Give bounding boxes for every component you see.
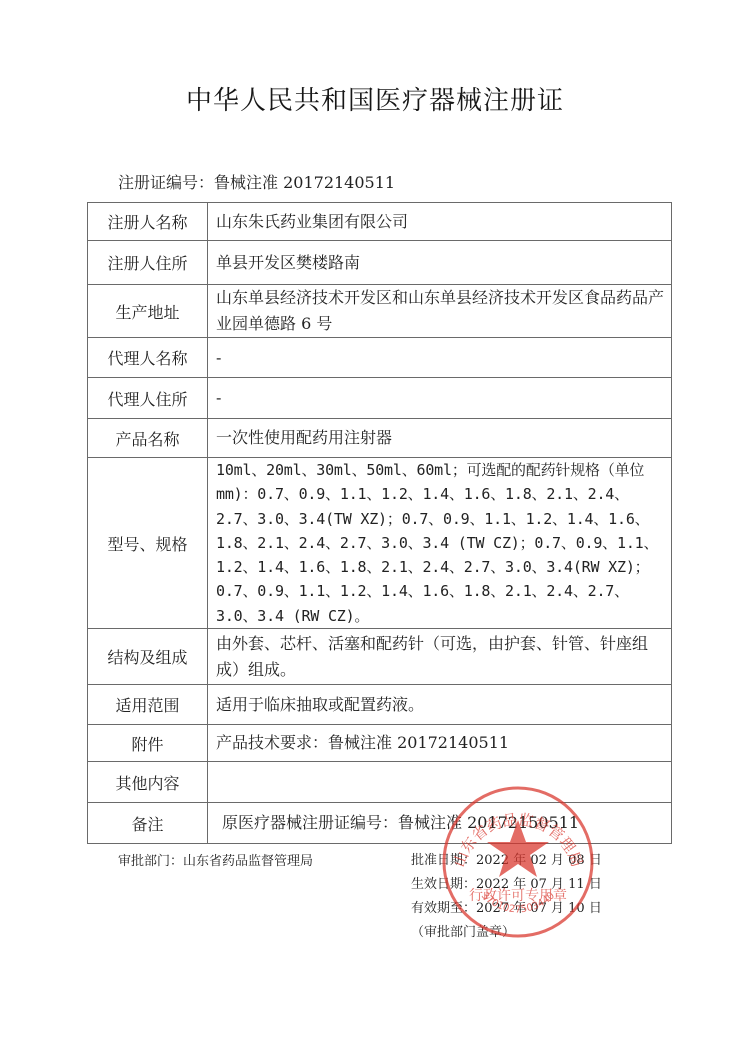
row-value: 由外套、芯杆、活塞和配药针（可选，由护套、针管、针座组成）组成。 — [208, 629, 672, 685]
row-value: 山东朱氏药业集团有限公司 — [208, 203, 672, 241]
table-row: 型号、规格 10ml、20ml、30ml、50ml、60ml；可选配的配药针规格… — [88, 458, 672, 629]
row-value: 10ml、20ml、30ml、50ml、60ml；可选配的配药针规格（单位mm)… — [208, 458, 672, 629]
row-value: 产品技术要求：鲁械注准 20172140511 — [208, 725, 672, 762]
approval-department: 审批部门：山东省药品监督管理局 — [118, 850, 313, 869]
row-value: - — [208, 338, 672, 378]
table-row: 附件 产品技术要求：鲁械注准 20172140511 — [88, 725, 672, 762]
table-row: 其他内容 — [88, 762, 672, 803]
row-value: 适用于临床抽取或配置药液。 — [208, 685, 672, 725]
row-value: 单县开发区樊楼路南 — [208, 241, 672, 285]
table-row: 结构及组成 由外套、芯杆、活塞和配药针（可选，由护套、针管、针座组成）组成。 — [88, 629, 672, 685]
row-label: 备注 — [88, 803, 208, 844]
approval-date: 批准日期：2022 年 02 月 08 日 — [411, 849, 602, 873]
table-row: 注册人名称 山东朱氏药业集团有限公司 — [88, 203, 672, 241]
row-label: 代理人住所 — [88, 378, 208, 419]
row-label: 注册人名称 — [88, 203, 208, 241]
row-value — [208, 762, 672, 803]
row-label: 型号、规格 — [88, 458, 208, 629]
seal-note: （审批部门盖章） — [411, 921, 602, 945]
row-label: 生产地址 — [88, 285, 208, 338]
table-row: 适用范围 适用于临床抽取或配置药液。 — [88, 685, 672, 725]
row-label: 产品名称 — [88, 419, 208, 458]
table-row: 代理人住所 - — [88, 378, 672, 419]
cert-number: 注册证编号：鲁械注准 20172140511 — [118, 170, 395, 193]
valid-until-date: 有效期至：2027 年 07 月 10 日 — [411, 897, 602, 921]
registration-table: 注册人名称 山东朱氏药业集团有限公司 注册人住所 单县开发区樊楼路南 生产地址 … — [87, 202, 672, 844]
date-block: 批准日期：2022 年 02 月 08 日 生效日期：2022 年 07 月 1… — [411, 849, 602, 945]
row-label: 适用范围 — [88, 685, 208, 725]
table-row: 注册人住所 单县开发区樊楼路南 — [88, 241, 672, 285]
row-value: 山东单县经济技术开发区和山东单县经济技术开发区食品药品产业园单德路 6 号 — [208, 285, 672, 338]
row-label: 注册人住所 — [88, 241, 208, 285]
row-label: 附件 — [88, 725, 208, 762]
cert-number-value: 鲁械注准 20172140511 — [214, 173, 395, 192]
row-label: 其他内容 — [88, 762, 208, 803]
cert-number-label: 注册证编号： — [118, 173, 214, 192]
row-value: 一次性使用配药用注射器 — [208, 419, 672, 458]
table-row: 备注 原医疗器械注册证编号：鲁械注准 20172150511 — [88, 803, 672, 844]
table-row: 生产地址 山东单县经济技术开发区和山东单县经济技术开发区食品药品产业园单德路 6… — [88, 285, 672, 338]
row-value: 原医疗器械注册证编号：鲁械注准 20172150511 — [208, 803, 672, 844]
row-value: - — [208, 378, 672, 419]
table-row: 产品名称 一次性使用配药用注射器 — [88, 419, 672, 458]
row-label: 结构及组成 — [88, 629, 208, 685]
document-title: 中华人民共和国医疗器械注册证 — [0, 80, 750, 117]
row-label: 代理人名称 — [88, 338, 208, 378]
effective-date: 生效日期：2022 年 07 月 11 日 — [411, 873, 602, 897]
table-row: 代理人名称 - — [88, 338, 672, 378]
